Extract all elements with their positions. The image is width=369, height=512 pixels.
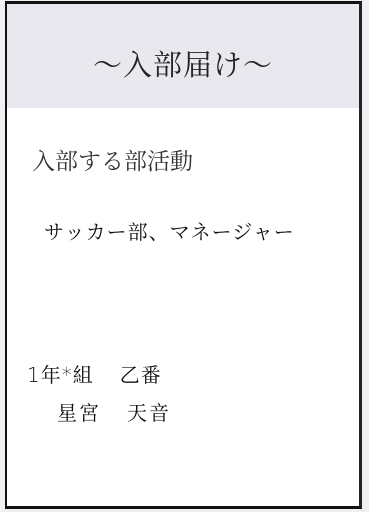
membership-form-card: 〜入部届け〜 入部する部活動 サッカー部、マネージャー 1年*組乙番 星宮天音 — [5, 1, 362, 509]
given-name: 天音 — [127, 401, 171, 425]
student-name-line: 星宮天音 — [57, 397, 171, 426]
grade-class: 1年*組 — [27, 363, 94, 387]
form-title: 〜入部届け〜 — [93, 43, 273, 84]
club-field-label: 入部する部活動 — [32, 143, 193, 176]
club-value: サッカー部、マネージャー — [44, 216, 295, 245]
class-number-line: 1年*組乙番 — [27, 359, 162, 388]
form-header: 〜入部届け〜 — [7, 4, 359, 108]
family-name: 星宮 — [57, 401, 101, 425]
student-number: 乙番 — [120, 363, 162, 387]
